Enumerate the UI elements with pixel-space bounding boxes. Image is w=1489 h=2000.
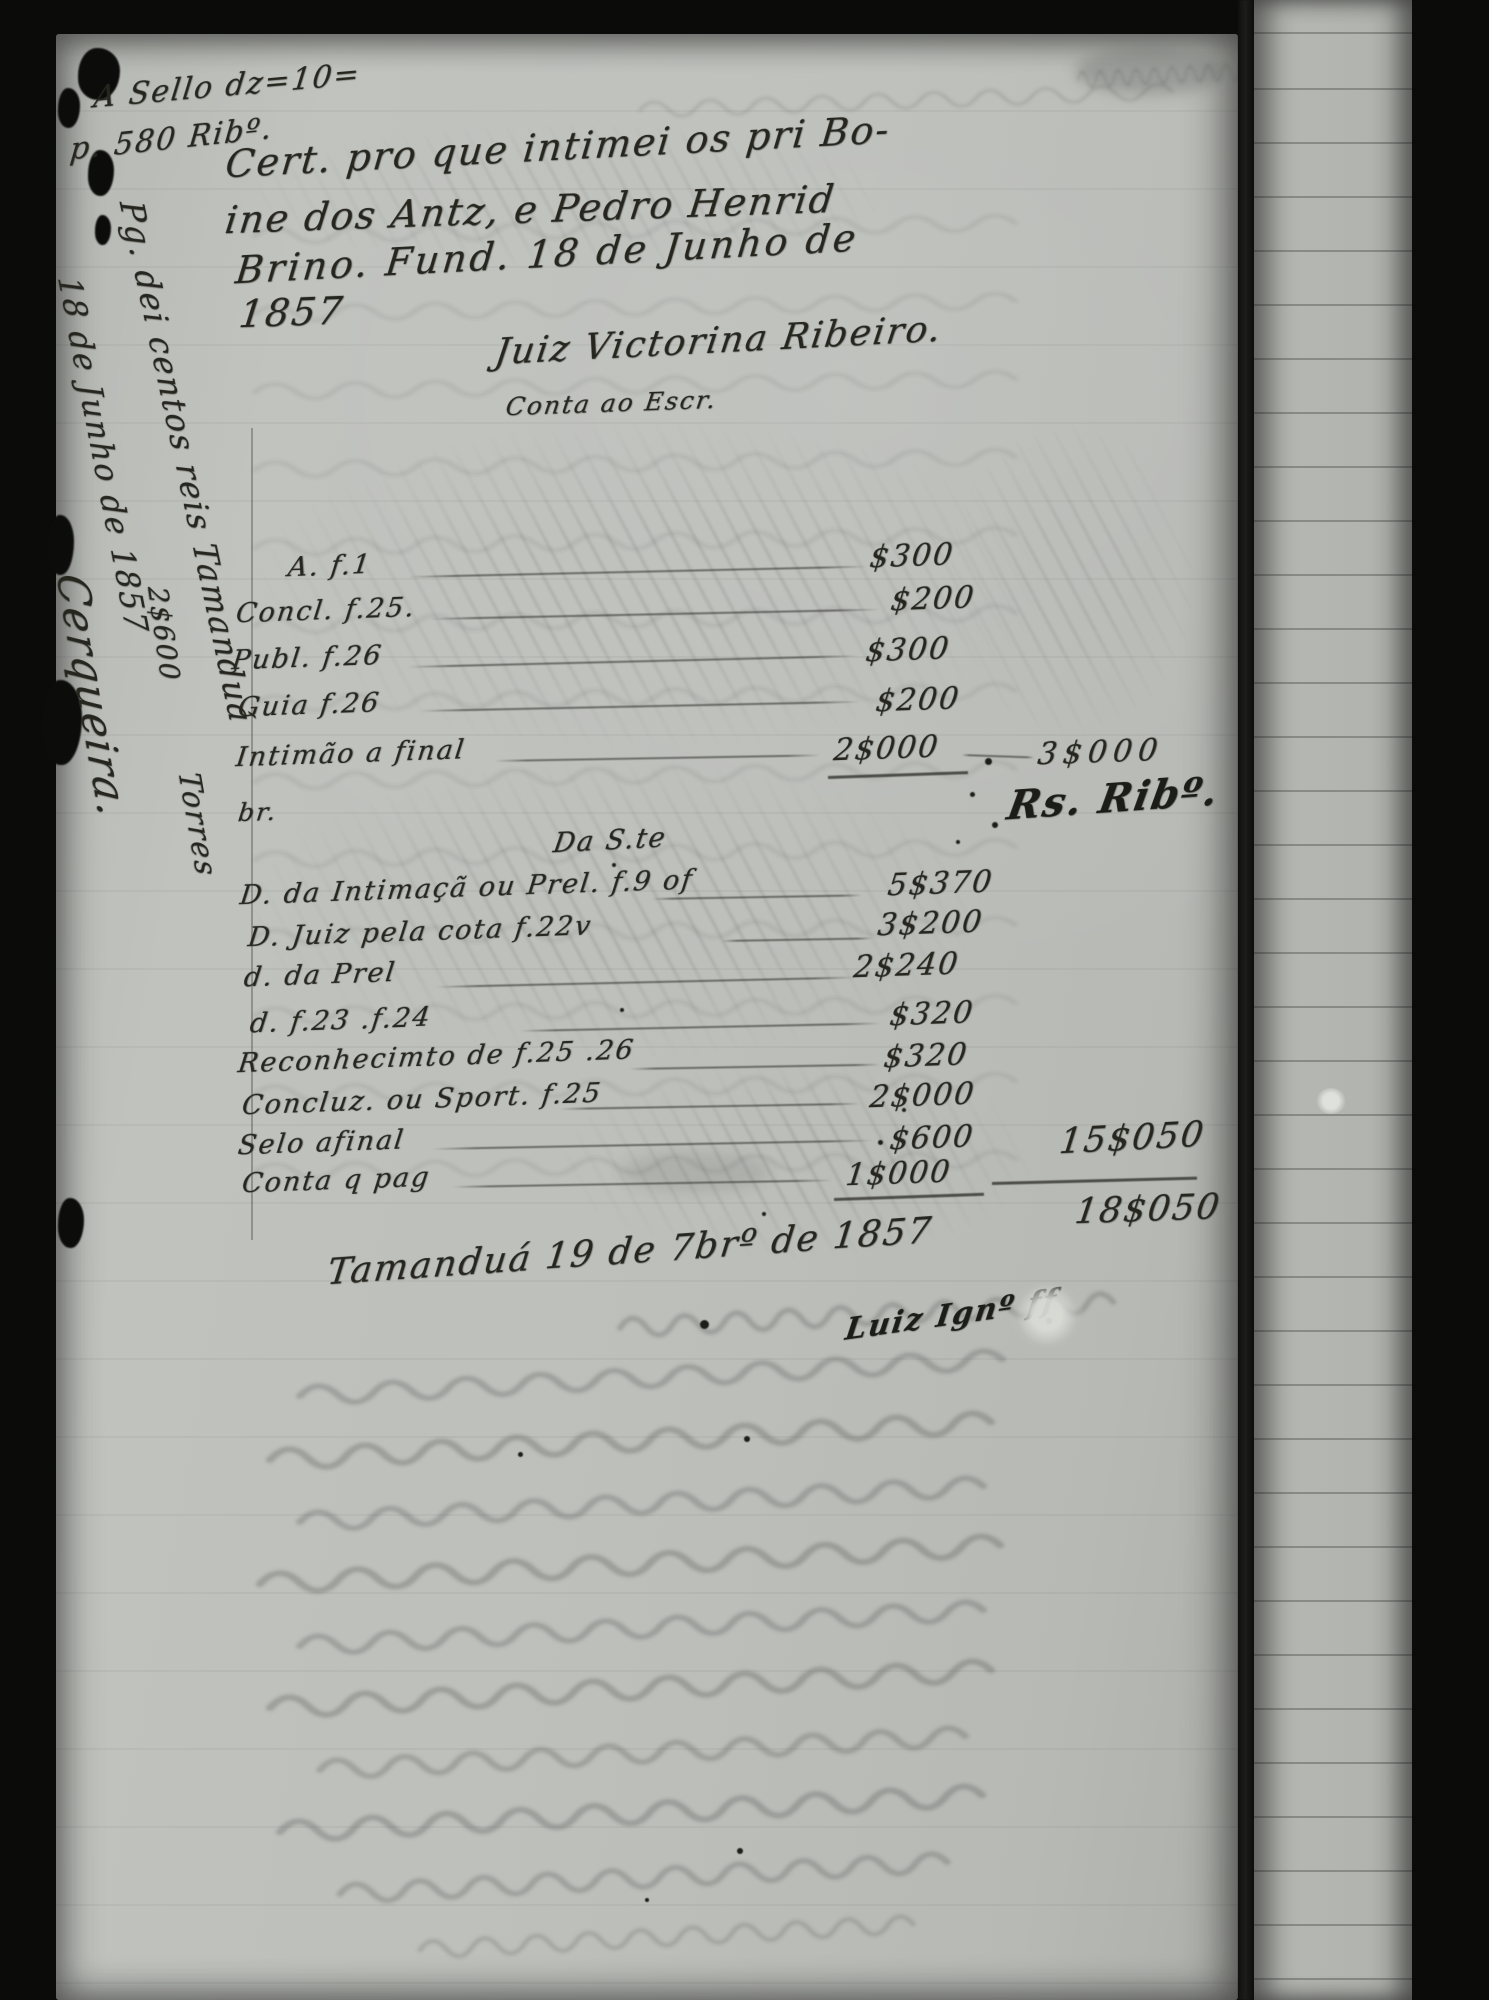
row-amount: $320	[888, 995, 977, 1033]
scan-smudge	[1075, 48, 1225, 94]
row-label: Publ. f.26	[230, 640, 384, 676]
row-label: d. f.23 .f.24	[248, 1002, 433, 1039]
row-label: d. da Prel	[242, 957, 398, 993]
ink-spot	[762, 1212, 766, 1216]
ink-spot	[645, 1898, 649, 1902]
ink-spot	[992, 822, 998, 828]
row-label: A. f.1	[286, 549, 373, 583]
facing-page-edge	[1254, 0, 1412, 2000]
ink-spot	[620, 1008, 624, 1012]
paper-stain	[1008, 1282, 1086, 1348]
binding-crease	[1238, 0, 1254, 2000]
scanned-manuscript: A Sello dz=10= p. 580 Ribº. Pg. dei cent…	[0, 0, 1489, 2000]
row-label: Guia f.26	[236, 687, 382, 723]
block2-total: 18$050	[1072, 1187, 1223, 1232]
ink-spot	[737, 1848, 743, 1854]
scan-smudge	[620, 1152, 770, 1192]
row-amount: $320	[882, 1037, 971, 1075]
ink-spot	[956, 840, 960, 844]
row-amount: 1$000	[844, 1154, 954, 1193]
block2-title: Da S.te	[551, 822, 669, 859]
hatch-ghost-patch	[940, 420, 1200, 740]
row-amount: $600	[888, 1119, 977, 1157]
row-amount: $200	[874, 681, 963, 719]
row-amount: $200	[889, 580, 978, 618]
ink-spot	[700, 1320, 709, 1329]
row-amount: 2$000	[868, 1076, 978, 1115]
ink-spot	[878, 1140, 883, 1145]
ink-spot	[970, 792, 975, 797]
block2-subtotal: 15$050	[1057, 1114, 1207, 1162]
row-amount: $300	[864, 631, 953, 669]
row-amount: 2$000	[832, 729, 942, 768]
row-amount: 2$240	[852, 946, 962, 985]
row-label: Selo afinal	[236, 1124, 407, 1161]
row-amount: 5$370	[886, 864, 996, 903]
ink-spot	[744, 1436, 750, 1442]
paper-stain	[1316, 1088, 1346, 1114]
row-label: Concl. f.25.	[234, 592, 417, 629]
ink-spot	[518, 1452, 523, 1457]
certificate-line-4: 1857	[237, 288, 347, 336]
row-amount: 3$200	[876, 904, 986, 943]
row-amount: $300	[868, 537, 957, 575]
ink-spot	[612, 863, 616, 867]
block1-note: br.	[236, 797, 279, 828]
ink-spot	[985, 758, 992, 765]
block1-total: 3$000	[1036, 733, 1166, 773]
ink-spot	[902, 1108, 906, 1112]
